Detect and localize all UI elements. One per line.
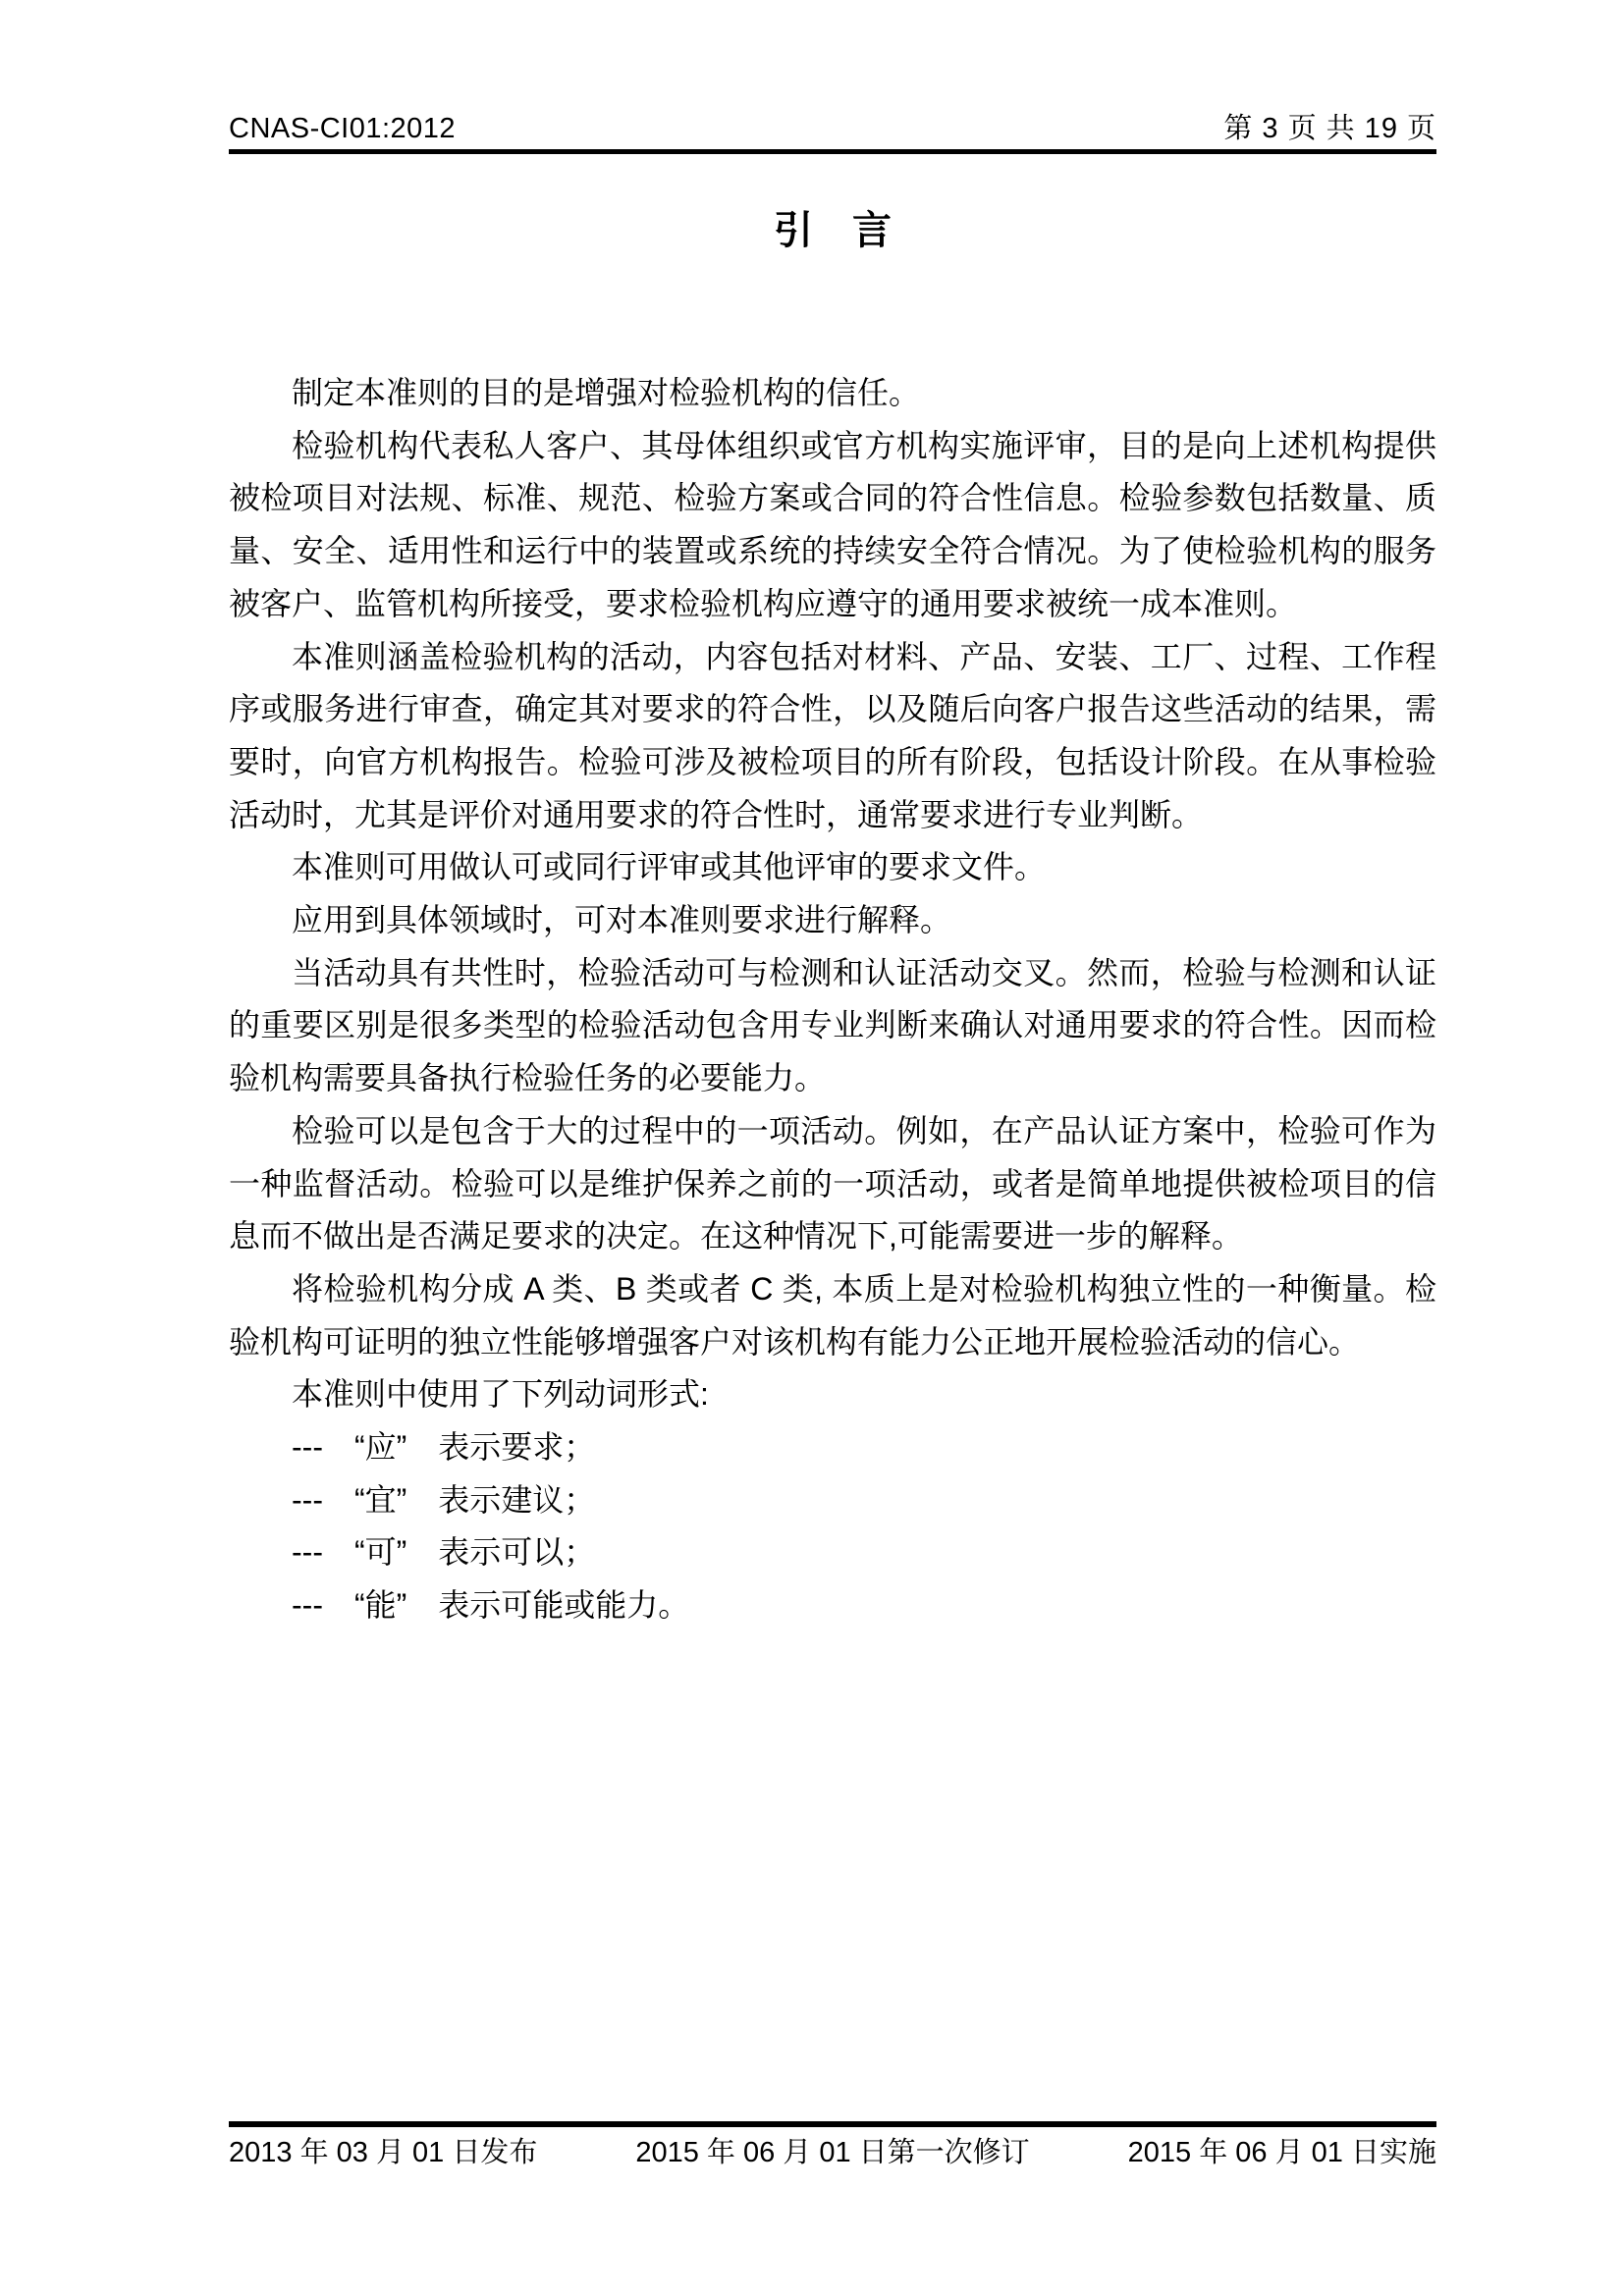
verb-form-item: --- “应” 表示要求；: [229, 1421, 1436, 1474]
paragraph: 将检验机构分成 A 类、B 类或者 C 类, 本质上是对检验机构独立性的一种衡量…: [229, 1263, 1436, 1368]
footer-rule: [229, 2121, 1436, 2127]
verb-form-item: --- “可” 表示可以；: [229, 1526, 1436, 1579]
paragraph: 检验机构代表私人客户、其母体组织或官方机构实施评审，目的是向上述机构提供被检项目…: [229, 420, 1436, 631]
paragraph: 制定本准则的目的是增强对检验机构的信任。: [229, 367, 1436, 420]
page-title: 引 言: [229, 208, 1436, 253]
paragraph: 本准则可用做认可或同行评审或其他评审的要求文件。: [229, 841, 1436, 894]
verb-form-item: --- “宜” 表示建议；: [229, 1474, 1436, 1527]
footer-implementation-date: 2015 年 06 月 01 日实施: [1128, 2136, 1436, 2169]
document-body: 制定本准则的目的是增强对检验机构的信任。 检验机构代表私人客户、其母体组织或官方…: [229, 367, 1436, 1632]
document-page: CNAS-CI01:2012 第 3 页 共 19 页 引 言 制定本准则的目的…: [0, 0, 1624, 2296]
footer-publish-date: 2013 年 03 月 01 日发布: [229, 2136, 537, 2169]
header-doc-code: CNAS-CI01:2012: [229, 114, 456, 143]
paragraph: 本准则中使用了下列动词形式:: [229, 1368, 1436, 1421]
page-header: CNAS-CI01:2012 第 3 页 共 19 页: [229, 114, 1436, 143]
paragraph: 检验可以是包含于大的过程中的一项活动。例如，在产品认证方案中，检验可作为一种监督…: [229, 1105, 1436, 1263]
page-footer: 2013 年 03 月 01 日发布 2015 年 06 月 01 日第一次修订…: [229, 2136, 1436, 2169]
header-page-number: 第 3 页 共 19 页: [1223, 114, 1436, 143]
paragraph: 当活动具有共性时，检验活动可与检测和认证活动交叉。然而，检验与检测和认证的重要区…: [229, 947, 1436, 1105]
paragraph: 应用到具体领域时，可对本准则要求进行解释。: [229, 894, 1436, 947]
verb-form-item: --- “能” 表示可能或能力。: [229, 1579, 1436, 1632]
footer-revision-date: 2015 年 06 月 01 日第一次修订: [635, 2136, 1029, 2169]
header-rule: [229, 149, 1436, 154]
paragraph: 本准则涵盖检验机构的活动，内容包括对材料、产品、安装、工厂、过程、工作程序或服务…: [229, 631, 1436, 842]
